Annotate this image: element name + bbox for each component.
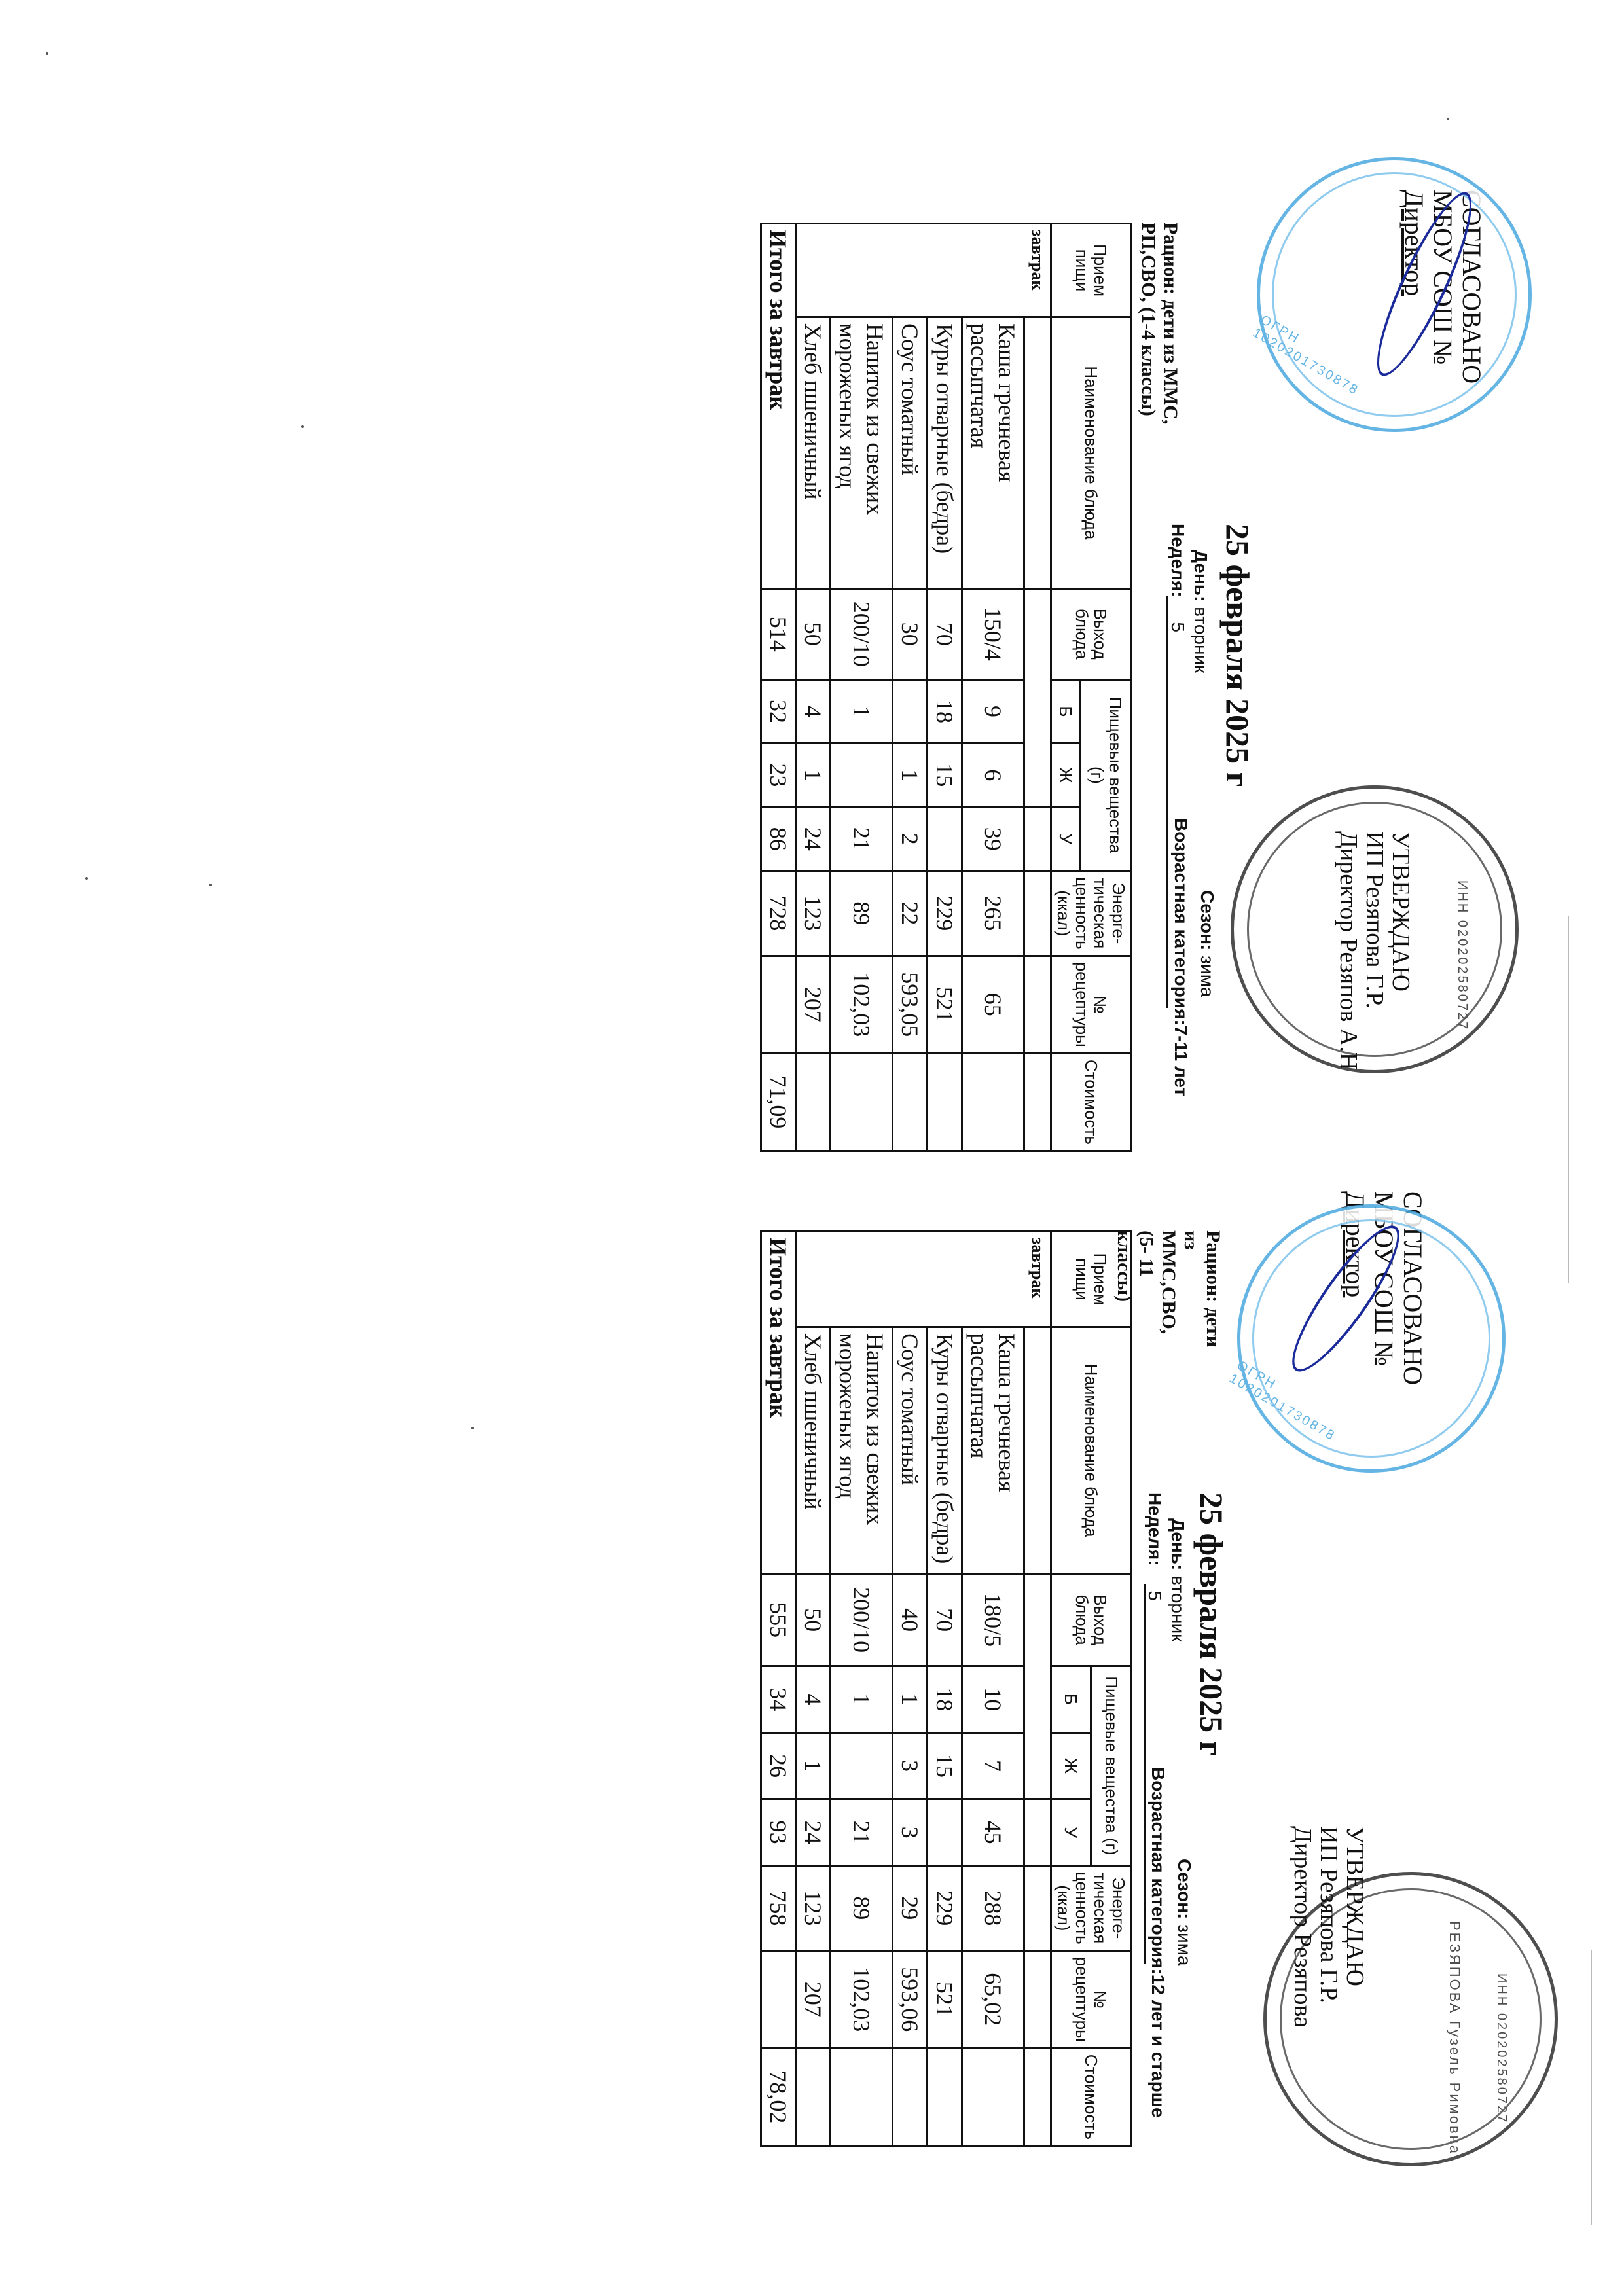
table-row: Куры отварные (бедра)701815229521 (928, 1232, 962, 2146)
col-fat: Ж (1051, 744, 1081, 807)
empty-cell (1024, 2048, 1051, 2145)
col-carbs: У (1051, 1799, 1092, 1866)
empty-cell (1024, 1327, 1051, 1574)
cell-protein: 1 (893, 1666, 928, 1733)
empty-cell (1024, 317, 1051, 588)
cell-carbs: 21 (831, 807, 893, 870)
cell-yield: 200/10 (831, 1574, 893, 1666)
menu-table: Прием пищи Наименование блюда Выход блюд… (760, 1230, 1132, 2147)
dish-name: Соус томатный (893, 1327, 928, 1574)
total-cost: 78,02 (761, 2048, 796, 2145)
cell-fat: 3 (893, 1732, 928, 1799)
cell-protein: 18 (928, 679, 962, 743)
table-header-row: Прием пищи Наименование блюда Выход блюд… (1081, 224, 1132, 1151)
empty-cell (1024, 807, 1051, 870)
approved-org: ИП Резяпова Г.Р. (1316, 1826, 1342, 2028)
approved-label: УТВЕРЖДАЮ (1342, 1826, 1368, 2028)
age-value: 7-11 лет (1171, 1026, 1191, 1097)
col-cost: Стоимость (1051, 1053, 1132, 1151)
age-value: 12 лет и старше (1148, 1975, 1168, 2118)
dish-rows: Итого за завтрак51432238672871,09 (761, 224, 796, 1151)
col-cost: Стоимость (1051, 2048, 1132, 2145)
cell-recipe: 207 (796, 1950, 831, 2048)
cell-fat: 1 (796, 744, 831, 807)
cell-cost (893, 2048, 928, 2145)
total-label: Итого за завтрак (761, 224, 796, 589)
col-protein: Б (1051, 679, 1081, 743)
cell-cost (928, 1053, 962, 1151)
cell-fat: 1 (796, 1732, 831, 1799)
season-line: Сезон: зима (1197, 890, 1218, 997)
col-protein: Б (1051, 1666, 1092, 1733)
total-energy: 728 (761, 871, 796, 956)
date-title: 25 февраля 2025 г (1193, 1492, 1231, 1755)
cell-yield: 150/4 (962, 588, 1024, 679)
cell-protein: 18 (928, 1666, 962, 1733)
empty-cell (1024, 1799, 1051, 1866)
table-row: Напиток из свежих мороженых ягод200/1012… (831, 1232, 893, 2146)
cell-fat (831, 1732, 893, 1799)
col-energy: Энерге-тическая ценность (ккал) (1051, 1865, 1132, 1950)
cell-yield: 180/5 (962, 1574, 1024, 1666)
total-protein: 32 (761, 679, 796, 743)
ration-title: Рацион: дети из МMC, РП,СВО, (1-4 классы… (1137, 223, 1182, 458)
total-row: Итого за завтрак51432238672871,09 (761, 224, 796, 1151)
cell-fat: 7 (962, 1732, 1024, 1799)
cell-energy: 89 (831, 871, 893, 956)
cell-protein: 9 (962, 679, 1024, 743)
empty-cell (1024, 1574, 1051, 1799)
week-line: Неделя: 5 (1144, 1492, 1165, 1601)
col-yield: Выход блюда (1051, 1574, 1132, 1666)
table-row: Каша гречневая рассыпчатая180/5107452886… (962, 1232, 1024, 2146)
day-value: вторник (1168, 1575, 1188, 1641)
cell-recipe: 521 (928, 1950, 962, 2048)
age-label: Возрастная категория: (1148, 1767, 1168, 1975)
dish-name: Каша гречневая рассыпчатая (962, 1327, 1024, 1574)
total-label: Итого за завтрак (761, 1232, 796, 1574)
day-line: День: вторник (1190, 550, 1211, 673)
cell-fat: 6 (962, 744, 1024, 807)
total-recipe (761, 956, 796, 1053)
total-yield: 514 (761, 588, 796, 679)
approved-label: УТВЕРЖДАЮ (1388, 831, 1414, 1070)
cell-recipe: 65,02 (962, 1950, 1024, 2048)
empty-cell (1024, 1865, 1051, 1950)
cell-cost (962, 2048, 1024, 2145)
entrepreneur-stamp-name: РЕЗЯПОВА Гузель Римовна (1446, 1921, 1463, 2155)
total-cost: 71,09 (761, 1053, 796, 1151)
cell-fat: 1 (893, 744, 928, 807)
menu-block-grades-1-4: СОГЛАСОВАНО МБОУ СОШ № Директор ОГРН 102… (694, 157, 1545, 1178)
cell-protein (893, 679, 928, 743)
season-label: Сезон: (1174, 1859, 1195, 1919)
cell-yield: 70 (928, 588, 962, 679)
approved-block: УТВЕРЖДАЮ ИП Резяпова Г.Р. Директор Резя… (1335, 831, 1414, 1070)
school-stamp-text: ОГРН 1020201730878 (1250, 313, 1384, 408)
dish-name: Хлеб пшеничный (796, 317, 831, 588)
dish-name: Куры отварные (бедра) (928, 317, 962, 588)
day-line: День: вторник (1167, 1518, 1188, 1641)
cell-energy: 265 (962, 871, 1024, 956)
school-stamp: ОГРН 1020201730878 (1257, 157, 1532, 432)
cell-fat: 15 (928, 1732, 962, 1799)
date-title: 25 февраля 2025 г (1219, 524, 1257, 787)
week-value: 5 (1168, 622, 1188, 632)
dish-name: Хлеб пшеничный (796, 1327, 831, 1574)
table-row: Соус томатный4013329593,06 (893, 1232, 928, 2146)
cell-recipe: 521 (928, 956, 962, 1053)
season-value: зима (1197, 956, 1218, 997)
table-row: Каша гречневая рассыпчатая150/4963926565 (962, 224, 1024, 1151)
day-label: День: (1168, 1518, 1188, 1570)
cell-energy: 89 (831, 1865, 893, 1950)
empty-cell (1024, 1950, 1051, 2048)
approved-block: УТВЕРЖДАЮ ИП Резяпова Г.Р. Директор Резя… (1290, 1826, 1368, 2028)
header-rule (1144, 1584, 1146, 1964)
cell-carbs (928, 1799, 962, 1866)
cell-recipe: 593,05 (893, 956, 928, 1053)
approved-org: ИП Резяпова Г.Р. (1362, 831, 1388, 1070)
empty-cell (1024, 588, 1051, 807)
cell-recipe: 65 (962, 956, 1024, 1053)
scan-speck (85, 877, 88, 880)
meal-row: завтрак (1024, 1232, 1051, 2146)
cell-carbs: 39 (962, 807, 1024, 870)
col-dish: Наименование блюда (1051, 317, 1132, 588)
col-meal: Прием пищи (1051, 224, 1132, 317)
empty-cell (1024, 956, 1051, 1053)
meal-row: завтрак (1024, 224, 1051, 1151)
cell-energy: 288 (962, 1865, 1024, 1950)
cell-recipe: 207 (796, 956, 831, 1053)
total-row: Итого за завтрак55534269375878,02 (761, 1232, 796, 2146)
cell-energy: 229 (928, 871, 962, 956)
cell-cost (893, 1053, 928, 1151)
cell-carbs: 24 (796, 807, 831, 870)
cell-fat (831, 744, 893, 807)
scan-speck (1447, 118, 1449, 120)
cell-carbs: 21 (831, 1799, 893, 1866)
cell-cost (796, 1053, 831, 1151)
dish-name: Напиток из свежих мороженых ягод (831, 317, 893, 588)
cell-recipe: 593,06 (893, 1950, 928, 2048)
week-line: Неделя: 5 (1167, 524, 1188, 632)
cell-protein: 4 (796, 1666, 831, 1733)
week-value: 5 (1145, 1590, 1165, 1601)
menu-table: Прием пищи Наименование блюда Выход блюд… (760, 223, 1132, 1152)
day-label: День: (1191, 550, 1211, 601)
cell-carbs: 3 (893, 1799, 928, 1866)
cell-recipe: 102,03 (831, 1950, 893, 2048)
col-recipe: № рецептуры (1051, 1950, 1132, 2048)
season-label: Сезон: (1197, 890, 1218, 950)
table-row: Соус томатный301222593,05 (893, 224, 928, 1151)
week-label: Неделя: (1168, 524, 1188, 598)
dish-rows: Итого за завтрак55534269375878,02 (761, 1232, 796, 2146)
age-line: Возрастная категория:12 лет и старше (1147, 1767, 1168, 2118)
meal-name: завтрак (796, 224, 1051, 317)
total-recipe (761, 1950, 796, 2048)
col-recipe: № рецептуры (1051, 956, 1132, 1053)
cell-cost (831, 2048, 893, 2145)
dish-name: Каша гречневая рассыпчатая (962, 317, 1024, 588)
cell-protein: 4 (796, 679, 831, 743)
entrepreneur-stamp-text: ИНН 020202580727 (1494, 1973, 1509, 2124)
cell-carbs: 45 (962, 1799, 1024, 1866)
cell-carbs: 2 (893, 807, 928, 870)
table-row: Хлеб пшеничный504124123207 (796, 224, 831, 1151)
season-line: Сезон: зима (1174, 1859, 1195, 1965)
cell-carbs: 24 (796, 1799, 831, 1866)
header-rule (1166, 596, 1168, 1008)
cell-cost (962, 1053, 1024, 1151)
meal-name: завтрак (796, 1232, 1051, 1327)
school-stamp-text: ОГРН 1020201730878 (1227, 1358, 1355, 1450)
total-yield: 555 (761, 1574, 796, 1666)
cell-yield: 40 (893, 1574, 928, 1666)
col-meal: Прием пищи (1051, 1232, 1132, 1327)
menu-block-grades-5-11: СОГЛАСОВАНО МБОУ СОШ № Директор ОГРН 102… (720, 1165, 1584, 2186)
total-carbs: 93 (761, 1799, 796, 1866)
dish-name: Соус томатный (893, 317, 928, 588)
season-value: зима (1174, 1924, 1195, 1965)
col-yield: Выход блюда (1051, 588, 1132, 679)
age-label: Возрастная категория: (1171, 818, 1191, 1026)
cell-yield: 200/10 (831, 588, 893, 679)
cell-carbs (928, 807, 962, 870)
total-energy: 758 (761, 1865, 796, 1950)
table-header-row: Прием пищи Наименование блюда Выход блюд… (1091, 1232, 1132, 2146)
dish-name: Куры отварные (бедра) (928, 1327, 962, 1574)
cell-yield: 70 (928, 1574, 962, 1666)
table-row: Напиток из свежих мороженых ягод200/1012… (831, 224, 893, 1151)
col-energy: Энерге-тическая ценность (ккал) (1051, 871, 1132, 956)
scan-speck (301, 425, 304, 428)
approved-role: Директор Резяпов А.Н (1335, 831, 1362, 1070)
cell-cost (928, 2048, 962, 2145)
scan-speck (46, 52, 48, 55)
col-nutrients: Пищевые вещества (г) (1091, 1666, 1132, 1866)
table-row: Хлеб пшеничный504124123207 (796, 1232, 831, 2146)
cell-energy: 29 (893, 1865, 928, 1950)
cell-cost (796, 2048, 831, 2145)
cell-protein: 1 (831, 1666, 893, 1733)
cell-protein: 1 (831, 679, 893, 743)
col-carbs: У (1051, 807, 1081, 870)
scan-speck (471, 1427, 474, 1429)
scan-edge-line (1591, 1950, 1592, 2225)
day-value: вторник (1191, 607, 1211, 673)
col-dish: Наименование блюда (1051, 1327, 1132, 1574)
empty-cell (1024, 871, 1051, 956)
total-carbs: 86 (761, 807, 796, 870)
cell-energy: 123 (796, 1865, 831, 1950)
cell-energy: 22 (893, 871, 928, 956)
cell-cost (831, 1053, 893, 1151)
week-label: Неделя: (1145, 1492, 1165, 1566)
cell-fat: 15 (928, 744, 962, 807)
col-fat: Ж (1051, 1732, 1092, 1799)
col-nutrients: Пищевые вещества (г) (1081, 679, 1132, 870)
total-fat: 23 (761, 744, 796, 807)
dish-name: Напиток из свежих мороженых ягод (831, 1327, 893, 1574)
cell-recipe: 102,03 (831, 956, 893, 1053)
cell-yield: 50 (796, 588, 831, 679)
entrepreneur-stamp-text: ИНН 020202580727 (1454, 880, 1470, 1031)
cell-yield: 30 (893, 588, 928, 679)
empty-cell (1024, 1053, 1051, 1151)
age-line: Возрастная категория:7-11 лет (1170, 818, 1191, 1096)
table-row: Куры отварные (бедра)701815229521 (928, 224, 962, 1151)
cell-yield: 50 (796, 1574, 831, 1666)
total-fat: 26 (761, 1732, 796, 1799)
cell-protein: 10 (962, 1666, 1024, 1733)
cell-energy: 229 (928, 1865, 962, 1950)
cell-energy: 123 (796, 871, 831, 956)
total-protein: 34 (761, 1666, 796, 1733)
scan-speck (209, 884, 212, 886)
approved-role: Директор Резяпова (1290, 1826, 1316, 2028)
